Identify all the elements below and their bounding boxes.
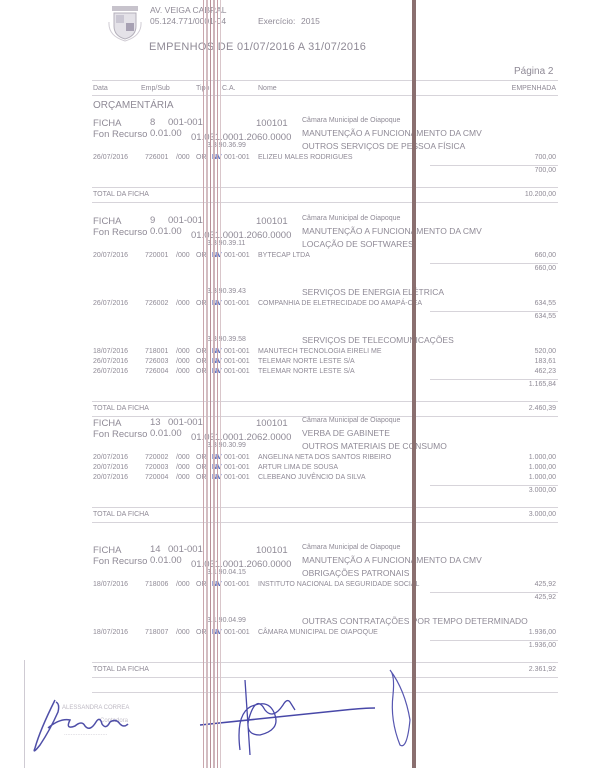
row-value: 520,00: [470, 348, 556, 355]
row-emp: 726002: [145, 300, 168, 307]
row-name: MANUTECH TECNOLOGIA EIRELI ME: [258, 348, 382, 355]
row-tipo: OR: [196, 252, 207, 259]
row-sub: /000: [176, 252, 190, 259]
row-tipo: OR: [196, 358, 207, 365]
ficha-code: 001-001: [168, 215, 203, 226]
row-sub: /000: [176, 348, 190, 355]
rule-line: [430, 263, 558, 264]
group-subtotal: 634,55: [470, 313, 556, 320]
program-name: VERBA DE GABINETE: [302, 428, 390, 438]
ficha-total-value: 10.200,00: [470, 191, 556, 198]
col-header-nome: Nome: [258, 85, 277, 92]
report-title: EMPENHOS DE 01/07/2016 A 31/07/2016: [149, 41, 366, 53]
page-number: Página 2: [514, 66, 553, 77]
group-subtotal: 1.165,84: [470, 381, 556, 388]
row-sub: /000: [176, 474, 190, 481]
unit-code: 100101: [256, 418, 288, 429]
row-name: COMPANHIA DE ELETRECIDADE DO AMAPÁ-CEA: [258, 300, 422, 307]
row-sub: /000: [176, 358, 190, 365]
fon-recurso-value: 0.01.00: [150, 128, 182, 139]
ficha-total-label: TOTAL DA FICHA: [93, 191, 149, 198]
ficha-total-value: 2.460,39: [470, 405, 556, 412]
fon-recurso-label: Fon Recurso: [93, 227, 147, 238]
rule-line: [92, 187, 558, 188]
row-tipo: OR: [196, 348, 207, 355]
row-ca: 001-001: [224, 464, 250, 471]
ficha-total-value: 2.361,92: [470, 666, 556, 673]
row-sub: /000: [176, 300, 190, 307]
row-value: 425,92: [470, 581, 556, 588]
row-emp: 718007: [145, 629, 168, 636]
fon-recurso-label: Fon Recurso: [93, 429, 147, 440]
row-emp: 726004: [145, 368, 168, 375]
row-emp: 718001: [145, 348, 168, 355]
row-value: 1.000,00: [470, 454, 556, 461]
exercicio-value: 2015: [301, 16, 320, 26]
row-date: 20/07/2016: [93, 252, 128, 259]
ficha-number: 14: [150, 544, 161, 555]
row-ca: 001-001: [224, 300, 250, 307]
element-name: SERVIÇOS DE ENERGIA ELÉTRICA: [302, 287, 444, 297]
rule-line: [92, 202, 558, 203]
ficha-total-label: TOTAL DA FICHA: [93, 666, 149, 673]
program-name: MANUTENÇÃO A FUNCIONAMENTO DA CMV: [302, 226, 482, 236]
row-ca: 001-001: [224, 154, 250, 161]
row-tipo: OR: [196, 629, 207, 636]
row-date: 20/07/2016: [93, 474, 128, 481]
row-sub: /000: [176, 464, 190, 471]
ficha-label: FICHA: [93, 118, 122, 129]
rule-line: [92, 522, 558, 523]
group-subtotal: 660,00: [470, 265, 556, 272]
row-value: 634,55: [470, 300, 556, 307]
row-ca: 001-001: [224, 629, 250, 636]
unit-code: 100101: [256, 118, 288, 129]
group-subtotal: 700,00: [470, 167, 556, 174]
row-emp: 726001: [145, 154, 168, 161]
rule-line: [92, 507, 558, 508]
ficha-label: FICHA: [93, 216, 122, 227]
row-tipo: OR: [196, 464, 207, 471]
row-sub: /000: [176, 154, 190, 161]
address-text: AV. VEIGA CABRAL: [150, 5, 227, 15]
element-name: OUTROS MATERIAIS DE CONSUMO: [302, 441, 447, 451]
ficha-label: FICHA: [93, 545, 122, 556]
fon-recurso-value: 0.01.00: [150, 226, 182, 237]
row-value: 1.000,00: [470, 464, 556, 471]
row-date: 26/07/2016: [93, 154, 128, 161]
row-emp: 720004: [145, 474, 168, 481]
ficha-total-value: 3.000,00: [470, 511, 556, 518]
ficha-total-label: TOTAL DA FICHA: [93, 511, 149, 518]
row-date: 20/07/2016: [93, 454, 128, 461]
row-name: CLEBEANO JUVÊNCIO DA SILVA: [258, 474, 366, 481]
unit-name: Câmara Municipal de Oiapoque: [302, 215, 400, 222]
unit-code: 100101: [256, 545, 288, 556]
group-subtotal: 3.000,00: [470, 487, 556, 494]
fon-recurso-label: Fon Recurso: [93, 129, 147, 140]
fon-recurso-label: Fon Recurso: [93, 556, 147, 567]
handwritten-signature-center: [195, 650, 425, 760]
row-value: 1.000,00: [470, 474, 556, 481]
rule-line: [430, 165, 558, 166]
row-emp: 720003: [145, 464, 168, 471]
unit-name: Câmara Municipal de Oiapoque: [302, 117, 400, 124]
ficha-code: 001-001: [168, 117, 203, 128]
col-header-empenhada: EMPENHADA: [470, 85, 556, 92]
row-date: 18/07/2016: [93, 581, 128, 588]
row-date: 18/07/2016: [93, 629, 128, 636]
row-name: BYTECAP LTDA: [258, 252, 310, 259]
row-date: 26/07/2016: [93, 368, 128, 375]
group-subtotal: 1.936,00: [470, 642, 556, 649]
row-sub: /000: [176, 629, 190, 636]
row-value: 183,61: [470, 358, 556, 365]
row-value: 462,23: [470, 368, 556, 375]
program-name: MANUTENÇÃO A FUNCIONAMENTO DA CMV: [302, 555, 482, 565]
row-name: INSTITUTO NACIONAL DA SEGURIDADE SOCIAL: [258, 581, 419, 588]
row-name: ELIZEU MALES RODRIGUES: [258, 154, 353, 161]
row-date: 26/07/2016: [93, 358, 128, 365]
rule-line: [430, 379, 558, 380]
municipal-coat-of-arms-logo: [106, 4, 144, 42]
row-emp: 718006: [145, 581, 168, 588]
ficha-code: 001-001: [168, 417, 203, 428]
rule-line: [92, 401, 558, 402]
row-value: 700,00: [470, 154, 556, 161]
row-ca: 001-001: [224, 252, 250, 259]
handwritten-signature-alexandra: [30, 690, 150, 760]
ficha-code: 001-001: [168, 544, 203, 555]
row-ca: 001-001: [224, 348, 250, 355]
fon-recurso-value: 0.01.00: [150, 555, 182, 566]
program-name: MANUTENÇÃO A FUNCIONAMENTO DA CMV: [302, 128, 482, 138]
row-ca: 001-001: [224, 474, 250, 481]
row-name: CÂMARA MUNICIPAL DE OIAPOQUE: [258, 629, 378, 636]
rule-line: [430, 485, 558, 486]
col-header-emp-sub: Emp/Sub: [141, 85, 170, 92]
element-name: OUTROS SERVIÇOS DE PESSOA FÍSICA: [302, 141, 465, 151]
row-date: 26/07/2016: [93, 300, 128, 307]
ficha-label: FICHA: [93, 418, 122, 429]
row-tipo: OR: [196, 454, 207, 461]
row-emp: 720002: [145, 454, 168, 461]
ficha-total-label: TOTAL DA FICHA: [93, 405, 149, 412]
rule-line: [430, 592, 558, 593]
row-name: ARTUR LIMA DE SOUSA: [258, 464, 338, 471]
row-tipo: OR: [196, 154, 207, 161]
rule-line: [430, 640, 558, 641]
row-emp: 726003: [145, 358, 168, 365]
element-name: OBRIGAÇÕES PATRONAIS: [302, 568, 409, 578]
row-value: 1.936,00: [470, 629, 556, 636]
row-sub: /000: [176, 454, 190, 461]
group-subtotal: 425,92: [470, 594, 556, 601]
ficha-number: 8: [150, 117, 155, 128]
row-ca: 001-001: [224, 368, 250, 375]
exercicio-label: Exercício:: [258, 16, 295, 26]
row-name: TELEMAR NORTE LESTE S/A: [258, 358, 355, 365]
unit-name: Câmara Municipal de Oiapoque: [302, 544, 400, 551]
row-date: 18/07/2016: [93, 348, 128, 355]
row-value: 660,00: [470, 252, 556, 259]
section-title: ORÇAMENTÁRIA: [93, 100, 174, 111]
row-date: 20/07/2016: [93, 464, 128, 471]
row-sub: /000: [176, 581, 190, 588]
element-name: SERVIÇOS DE TELECOMUNICAÇÕES: [302, 335, 454, 345]
row-tipo: OR: [196, 581, 207, 588]
ficha-number: 13: [150, 417, 161, 428]
row-tipo: OR: [196, 474, 207, 481]
row-ca: 001-001: [224, 581, 250, 588]
row-name: ANGELINA NETA DOS SANTOS RIBEIRO: [258, 454, 391, 461]
row-ca: 001-001: [224, 454, 250, 461]
unit-name: Câmara Municipal de Oiapoque: [302, 417, 400, 424]
element-name: LOCAÇÃO DE SOFTWARES: [302, 239, 414, 249]
ficha-number: 9: [150, 215, 155, 226]
row-tipo: OR: [196, 368, 207, 375]
row-name: TELEMAR NORTE LESTE S/A: [258, 368, 355, 375]
unit-code: 100101: [256, 216, 288, 227]
row-ca: 001-001: [224, 358, 250, 365]
rule-line: [430, 311, 558, 312]
col-header-ca: C.A.: [222, 85, 236, 92]
col-header-data: Data: [93, 85, 108, 92]
row-emp: 720001: [145, 252, 168, 259]
row-tipo: OR: [196, 300, 207, 307]
row-sub: /000: [176, 368, 190, 375]
fon-recurso-value: 0.01.00: [150, 428, 182, 439]
